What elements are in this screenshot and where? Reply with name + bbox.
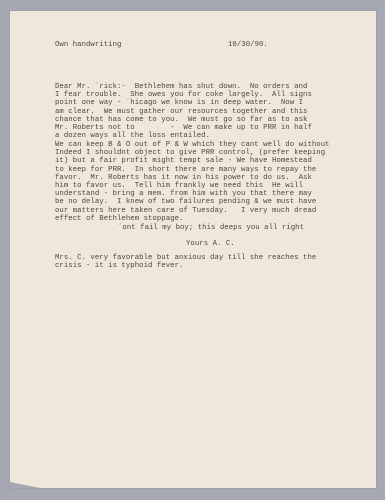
text-line: Indeed I shouldnt object to give PRR con… (55, 149, 325, 157)
text-line: understand - bring a mem. from him with … (55, 190, 312, 198)
text-line: to keep for PRR. In short there are many… (55, 166, 316, 174)
text-line: point one way - ´hicago we know is in de… (55, 99, 303, 107)
text-line: it) but a fair profit might tempt sale -… (55, 157, 312, 165)
text-line: crisis - it is typhoid fever. (55, 262, 183, 270)
text-line: be no delay. I knew of two failures pend… (55, 198, 316, 206)
text-line: I fear trouble. She owes you for coke la… (55, 91, 312, 99)
text-line: effect of Bethlehem stoppage. (55, 215, 183, 223)
text-line: favor. Mr. Roberts has it now in his pow… (55, 174, 312, 182)
text-line: We can keep B & O out of P & W which the… (55, 141, 330, 149)
text-line: Dear Mr. ´rick:- Bethlehem has shut down… (55, 83, 307, 91)
text-line: Mrs. C. very favorable but anxious day t… (55, 254, 316, 262)
signature: Yours A. C. (186, 240, 235, 248)
text-line: Mr. Roberts not to - We can make up to P… (55, 124, 312, 132)
letter-date: 10/30/90. (228, 41, 268, 49)
text-line: him to favor us. Tell him frankly we nee… (55, 182, 303, 190)
text-line: am clear. We must gather our resources t… (55, 108, 307, 116)
text-line: our matters here taken care of Tuesday. … (55, 207, 316, 215)
closing-line: ´ont fail my boy; this deeps you all rig… (118, 224, 304, 232)
header-note: Own handwriting (55, 41, 121, 49)
text-line: chance that has come to you. We must go … (55, 116, 307, 124)
text-line: a dozen ways all the loss entailed. (55, 132, 210, 140)
